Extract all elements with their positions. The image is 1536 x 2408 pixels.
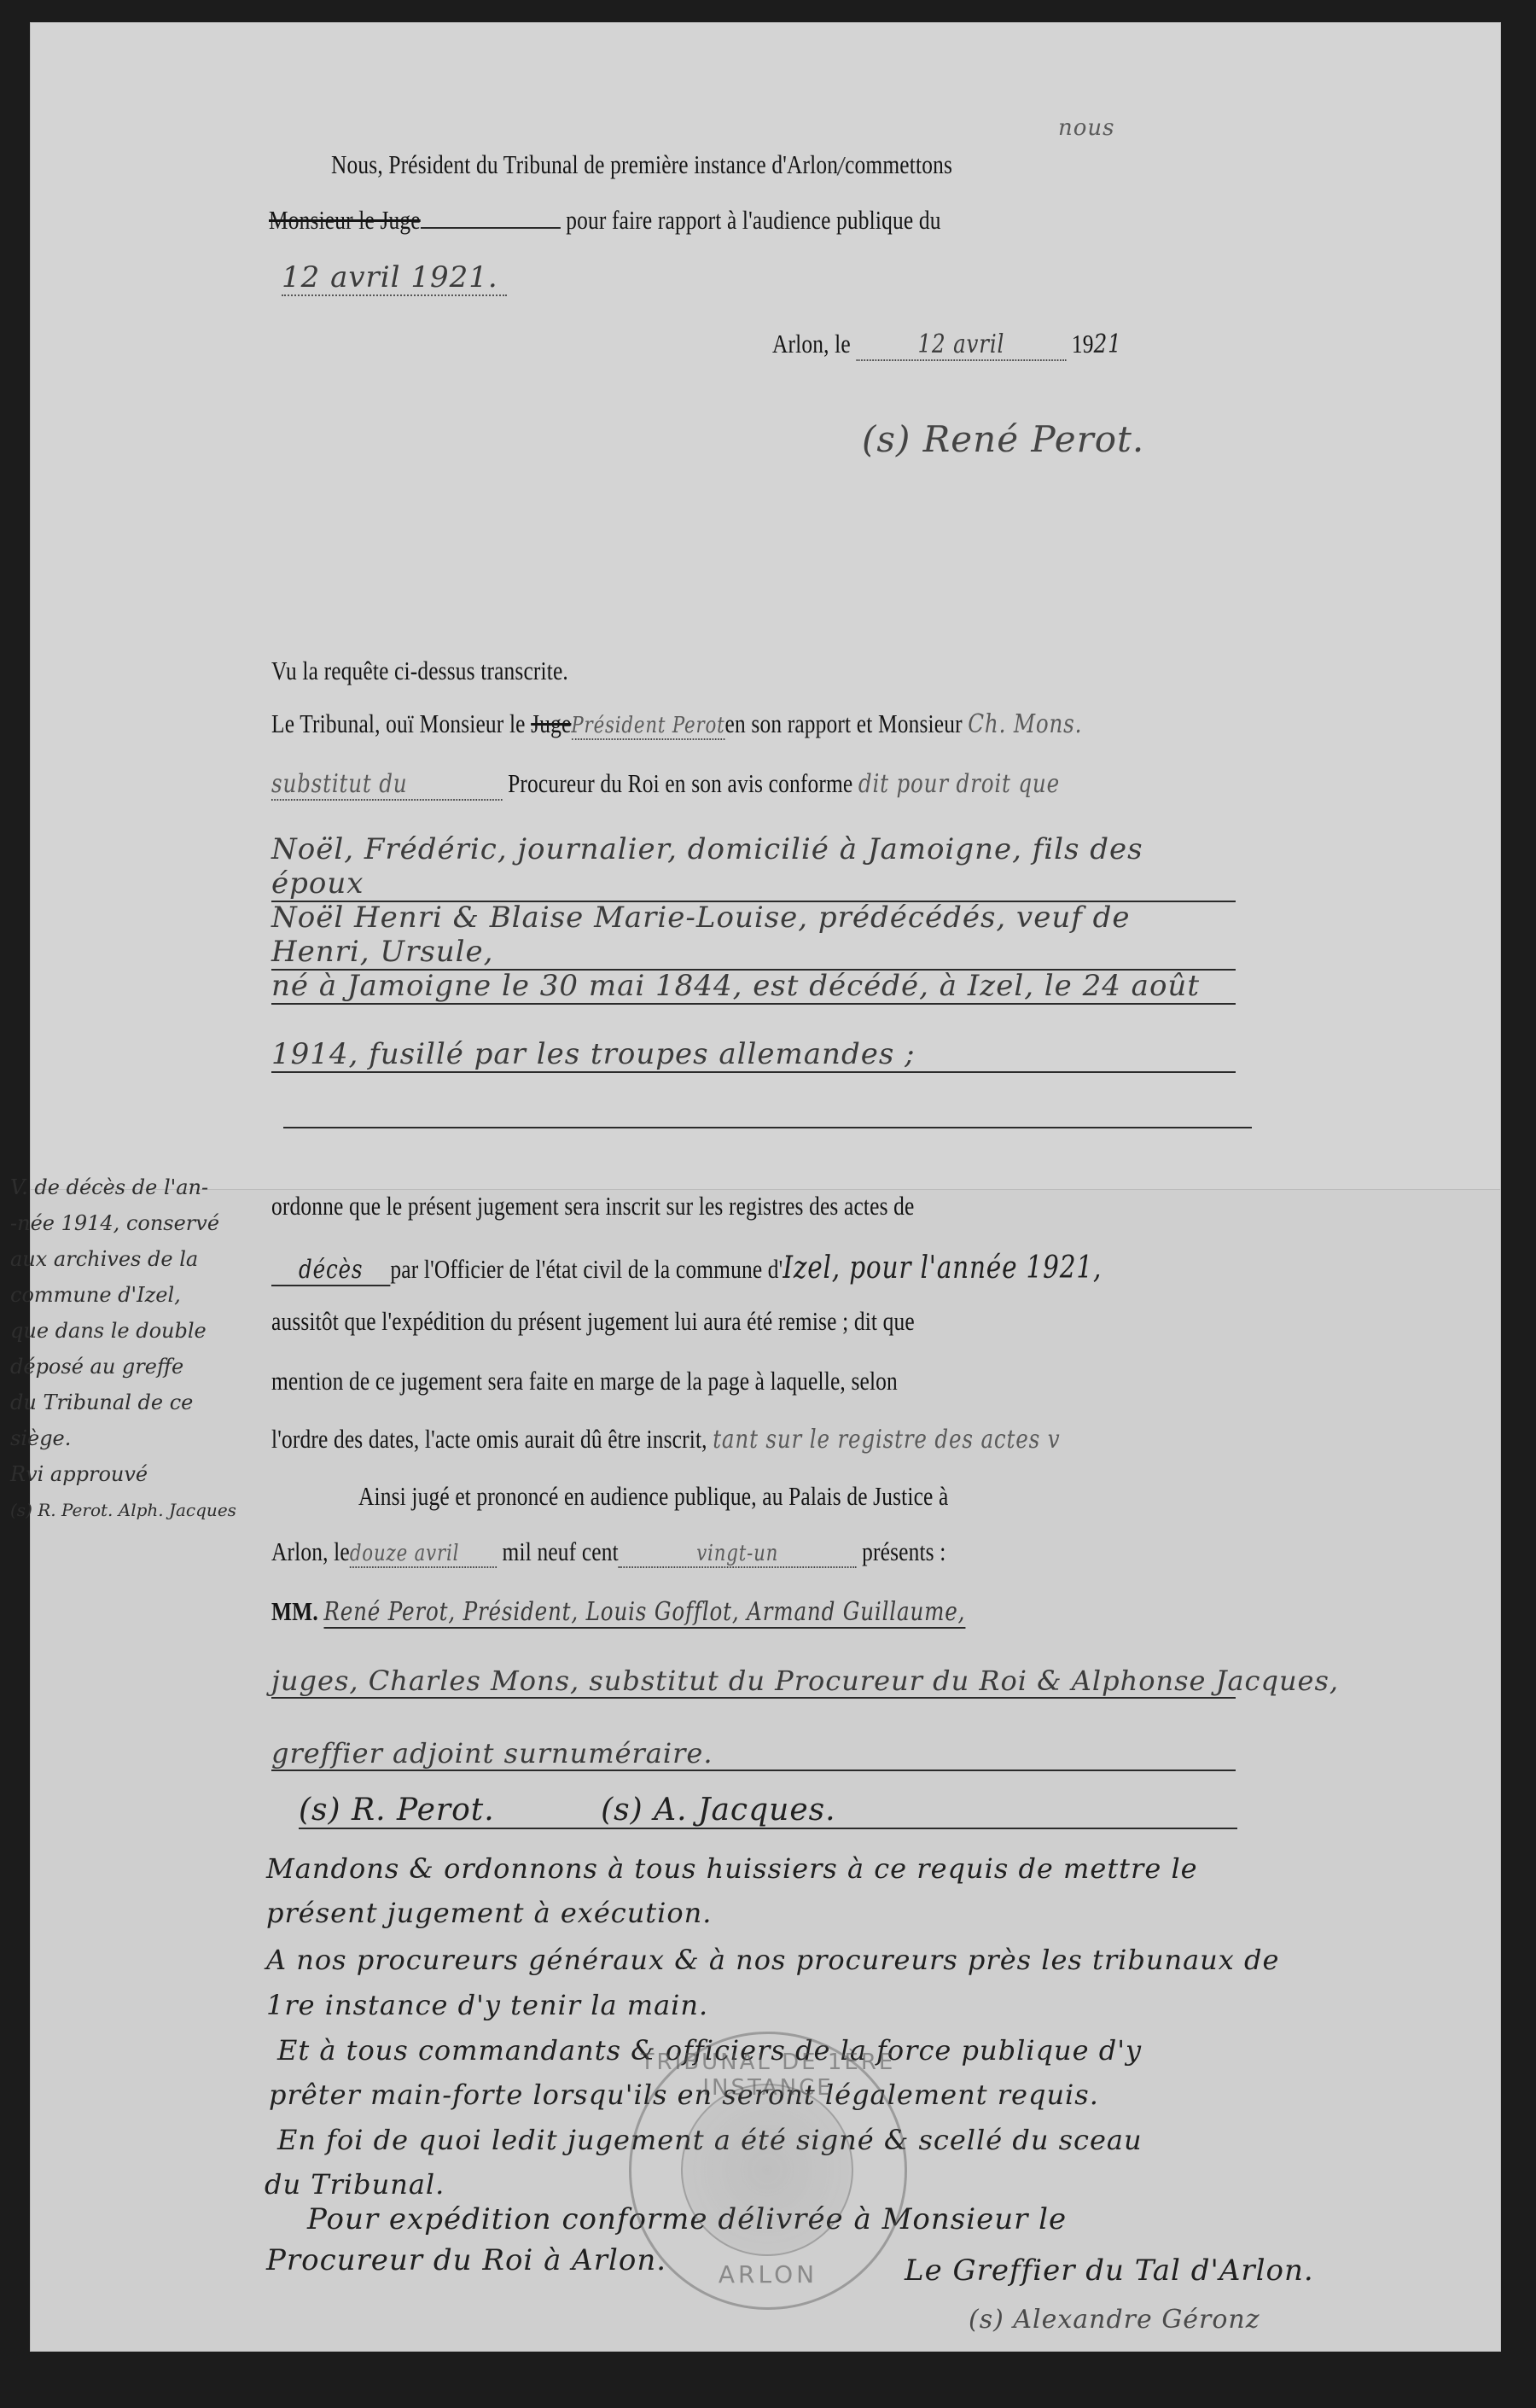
execution-line: du Tribunal. xyxy=(265,2168,445,2201)
dateline-prefix: Arlon, le xyxy=(772,329,851,359)
procureur-hand: dit pour droit que xyxy=(858,769,1060,799)
hand-line-4: 1914, fusillé par les troupes allemandes… xyxy=(271,1037,1236,1073)
mil-neuf-cent: mil neuf cent xyxy=(503,1536,619,1566)
arlon-date-line: Arlon, ledouze avril mil neuf centvingt-… xyxy=(271,1536,945,1568)
margin-note-line: déposé au greffe xyxy=(10,1349,266,1385)
court-seal-stamp: TRIBUNAL DE 1ÈRE INSTANCE ARLON xyxy=(629,2032,907,2310)
margin-note-line: Rvi approuvé xyxy=(10,1456,266,1492)
ordre-hand: tant sur le registre des actes v xyxy=(713,1425,1060,1455)
blank-rule xyxy=(283,1127,1252,1128)
execution-line: Procureur du Roi à Arlon. xyxy=(266,2243,666,2277)
judgement-day-hand: douze avril xyxy=(350,1541,497,1568)
header-line-1-suffix: commettons xyxy=(845,149,952,179)
signature-perot: (s) René Perot. xyxy=(862,418,1144,460)
margin-note-line: du Tribunal de ce xyxy=(10,1385,266,1420)
dateline-year-printed: 19 xyxy=(1072,329,1094,359)
margin-note-line: aux archives de la xyxy=(10,1241,266,1277)
execution-line: Mandons & ordonnons à tous huissiers à c… xyxy=(266,1852,1198,1885)
dateline-day-month: 12 avril xyxy=(856,329,1066,361)
header-line-1-prefix: Nous, Président du Tribunal de première … xyxy=(331,149,838,179)
procureur-text: Procureur du Roi en son avis conforme xyxy=(508,768,852,798)
signature-geronz: (s) Alexandre Géronz xyxy=(969,2305,1260,2335)
margin-note: V. de décès de l'an- -née 1914, conservé… xyxy=(10,1169,266,1528)
mm-names-1: René Perot, Président, Louis Gofflot, Ar… xyxy=(323,1597,965,1629)
margin-note-line: (s) R. Perot. Alph. Jacques xyxy=(10,1492,266,1528)
margin-note-line: -née 1914, conservé xyxy=(10,1205,266,1241)
commune-hand: Izel, pour l'année 1921, xyxy=(783,1251,1102,1286)
aussitot-line: aussitôt que l'expédition du présent jug… xyxy=(271,1306,915,1337)
greffier-line: Le Greffier du Tal d'Arlon. xyxy=(905,2253,1314,2288)
seal-coat-of-arms-icon xyxy=(681,2084,853,2256)
hand-line-3: né à Jamoigne le 30 mai 1844, est décédé… xyxy=(271,969,1236,1005)
mention-line: mention de ce jugement sera faite en mar… xyxy=(271,1366,898,1396)
acte-type-hand: décès xyxy=(271,1255,390,1286)
ordre-text: l'ordre des dates, l'acte omis aurait dû… xyxy=(271,1424,707,1454)
margin-note-line: que dans le double xyxy=(10,1313,266,1349)
execution-line: A nos procureurs généraux & à nos procur… xyxy=(266,1944,1279,1976)
margin-note-line: commune d'Izel, xyxy=(10,1277,266,1313)
execution-line: présent jugement à exécution. xyxy=(266,1897,712,1929)
officier-line: décèspar l'Officier de l'état civil de l… xyxy=(271,1251,1102,1286)
judgement-year-hand: vingt-un xyxy=(619,1541,857,1568)
header-line-1: Nous, Président du Tribunal de première … xyxy=(331,149,952,180)
arlon-prefix: Arlon, le xyxy=(271,1536,350,1566)
header-line-2-suffix: pour faire rapport à l'audience publique… xyxy=(566,205,940,235)
execution-line: 1re instance d'y tenir la main. xyxy=(266,1989,708,2021)
mm-names-3: greffier adjoint surnuméraire. xyxy=(271,1737,1236,1771)
seal-bottom-text: ARLON xyxy=(631,2260,905,2288)
dateline-year-hand: 21 xyxy=(1094,329,1122,359)
dateline: Arlon, le 12 avril 1921 xyxy=(772,329,1122,361)
margin-note-line: V. de décès de l'an- xyxy=(10,1169,266,1205)
mm-line-1: MM. René Perot, Président, Louis Gofflot… xyxy=(271,1596,965,1627)
tribunal-insert: Président Perot xyxy=(571,713,724,740)
struck-juge: Juge xyxy=(531,708,571,738)
hand-line-1: Noël, Frédéric, journalier, domicilié à … xyxy=(271,832,1236,902)
vu-requete: Vu la requête ci-dessus transcrite. xyxy=(271,656,568,686)
mm-label: MM. xyxy=(271,1596,318,1626)
tribunal-middle: en son rapport et Monsieur xyxy=(725,708,963,738)
struck-monsieur-le-juge: Monsieur le Juge xyxy=(269,205,421,235)
tribunal-prefix: Le Tribunal, ouï Monsieur le xyxy=(271,708,526,738)
ordre-line: l'ordre des dates, l'acte omis aurait dû… xyxy=(271,1424,1060,1455)
substitut-hand: substitut du xyxy=(271,769,503,801)
header-insert-nous: nous xyxy=(1058,115,1115,141)
mm-names-2: juges, Charles Mons, substitut du Procur… xyxy=(271,1665,1236,1699)
header-line-2: Monsieur le Juge pour faire rapport à l'… xyxy=(269,205,941,236)
hand-line-2: Noël Henri & Blaise Marie-Louise, prédéc… xyxy=(271,901,1236,971)
presents-label: présents : xyxy=(862,1536,945,1566)
ainsi-juge-line: Ainsi jugé et prononcé en audience publi… xyxy=(358,1481,948,1512)
hearing-date: 12 avril 1921. xyxy=(282,260,507,296)
procureur-line: substitut du Procureur du Roi en son avi… xyxy=(271,768,1060,801)
judgement-signatures: (s) R. Perot. (s) A. Jacques. xyxy=(299,1793,1237,1829)
tribunal-line: Le Tribunal, ouï Monsieur le JugePréside… xyxy=(271,708,1082,740)
officier-text: par l'Officier de l'état civil de la com… xyxy=(390,1254,783,1284)
ordonne-line: ordonne que le présent jugement sera ins… xyxy=(271,1191,914,1221)
margin-note-line: siège. xyxy=(10,1420,266,1456)
tribunal-hand-end: Ch. Mons. xyxy=(968,709,1082,739)
